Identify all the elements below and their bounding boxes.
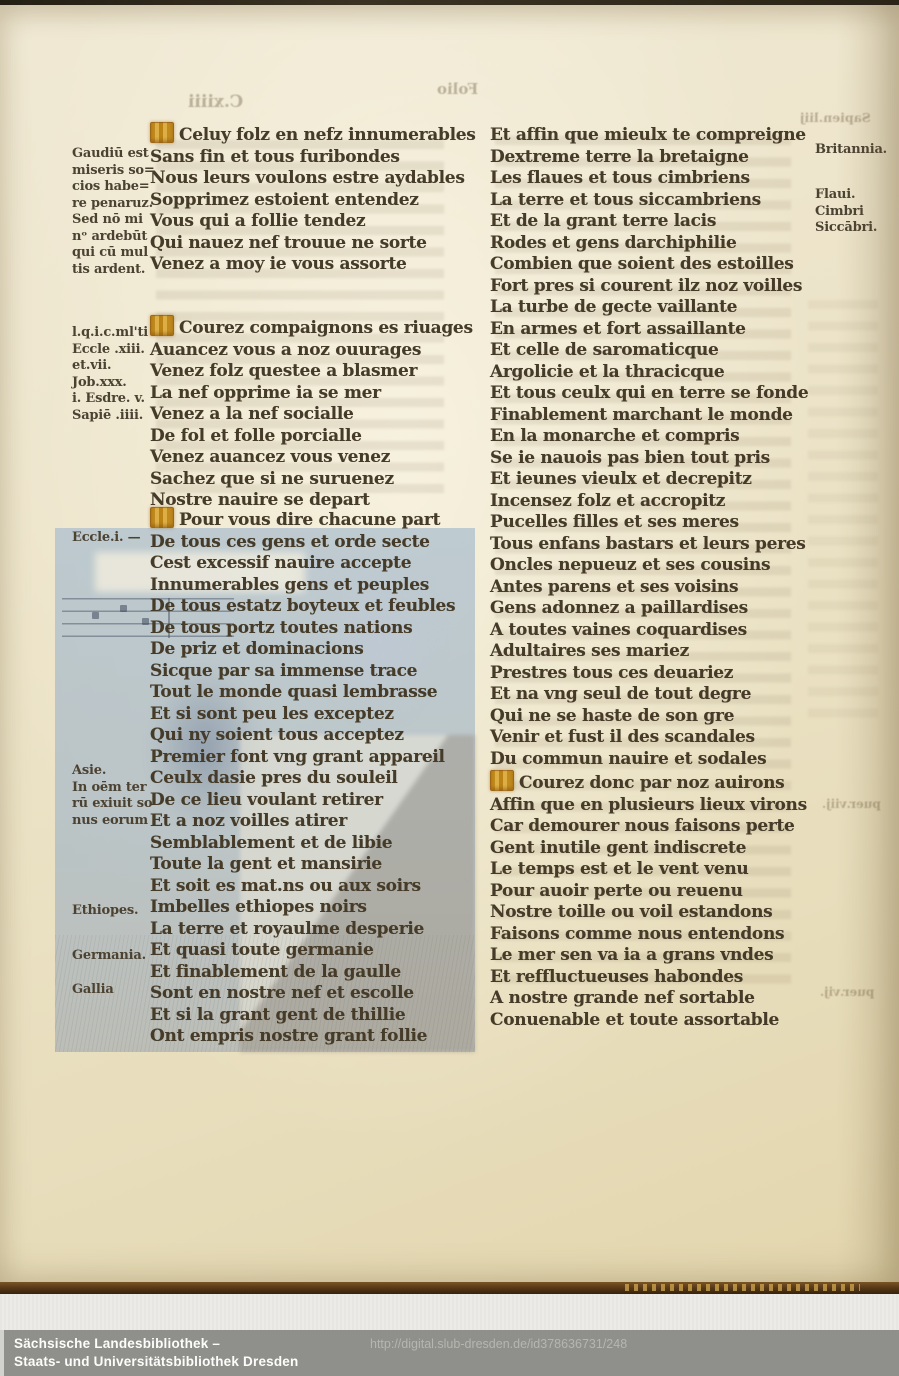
ghost-puer-note: puer.viij.	[822, 797, 881, 811]
music-note	[142, 618, 149, 625]
library-name-line2: Staats- und Universitätsbibliothek Dresd…	[14, 1354, 298, 1369]
margin-note-line: rū exiuit so	[72, 796, 152, 813]
digital-collection-url: http://digital.slub-dresden.de/id3786367…	[370, 1337, 627, 1351]
margin-note-ethiopes: Ethiopes.	[72, 903, 138, 920]
music-staff-barline	[168, 598, 170, 638]
margin-note-line: tis ardent.	[72, 262, 155, 279]
margin-note-line: miseris so=	[72, 163, 155, 180]
woodcut-ribbon-ghost	[315, 555, 445, 725]
margin-note-line: cios habe=	[72, 179, 155, 196]
footer-accent-strip	[0, 1330, 4, 1376]
margin-note-line: qui cū mul	[72, 245, 155, 262]
showthrough-light-patch	[95, 552, 305, 592]
margin-note-line: Germania.	[72, 948, 146, 965]
margin-note-line: Sed nō mi	[72, 212, 155, 229]
margin-note-asie: Asie.In oēm terrū exiuit sonus eorum	[72, 763, 152, 829]
library-name-line1: Sächsische Landesbibliothek –	[14, 1336, 220, 1351]
margin-note-tribes: Flaui.CimbriSiccābri.	[815, 187, 877, 237]
margin-note-line: Flaui.	[815, 187, 877, 204]
manuscript-scan: C.xiiii Folio Sapien.liij puer.viij. pue…	[0, 0, 899, 1376]
gold-tooling-dots	[625, 1284, 860, 1291]
margin-note-line: Sapiē .iiii.	[72, 408, 148, 425]
margin-note-line: i. Esdre. v.	[72, 391, 148, 408]
music-note	[120, 605, 127, 612]
margin-note-line: l.q.i.c.ml'ti	[72, 325, 148, 342]
margin-note-gaudium: Gaudiū estmiseris so=cios habe=re penaru…	[72, 146, 155, 278]
ghost-sapien-note: Sapien.liij	[800, 110, 871, 125]
margin-note-gallia: Gallia	[72, 982, 114, 999]
margin-note-line: Cimbri	[815, 204, 877, 221]
margin-note-line: In oēm ter	[72, 780, 152, 797]
margin-note-line: Job.xxx.	[72, 375, 148, 392]
margin-note-line: Eccle .xiii.	[72, 342, 148, 359]
margin-note-eccle: Eccle.i. —	[72, 530, 140, 547]
margin-note-line: Eccle.i. —	[72, 530, 140, 547]
margin-note-britannia: Britannia.	[815, 142, 887, 159]
margin-note-line: re penaruz.	[72, 196, 155, 213]
table-fabric	[0, 1294, 899, 1330]
margin-note-line: Siccābri.	[815, 220, 877, 237]
music-note	[92, 612, 99, 619]
ghost-puer-note: puer.vij.	[820, 985, 874, 999]
margin-note-line: et.vii.	[72, 358, 148, 375]
margin-note-line: nᵒ ardebūt	[72, 229, 155, 246]
margin-note-line: nus eorum	[72, 813, 152, 830]
ghost-folio-number: C.xiiii	[188, 92, 243, 112]
margin-note-germania: Germania.	[72, 948, 146, 965]
margin-note-line: Britannia.	[815, 142, 887, 159]
margin-note-line: Gaudiū est	[72, 146, 155, 163]
margin-note-references: l.q.i.c.ml'tiEccle .xiii.et.vii.Job.xxx.…	[72, 325, 148, 424]
margin-note-line: Asie.	[72, 763, 152, 780]
ghost-folio-word: Folio	[437, 80, 478, 98]
margin-note-line: Ethiopes.	[72, 903, 138, 920]
margin-note-line: Gallia	[72, 982, 114, 999]
